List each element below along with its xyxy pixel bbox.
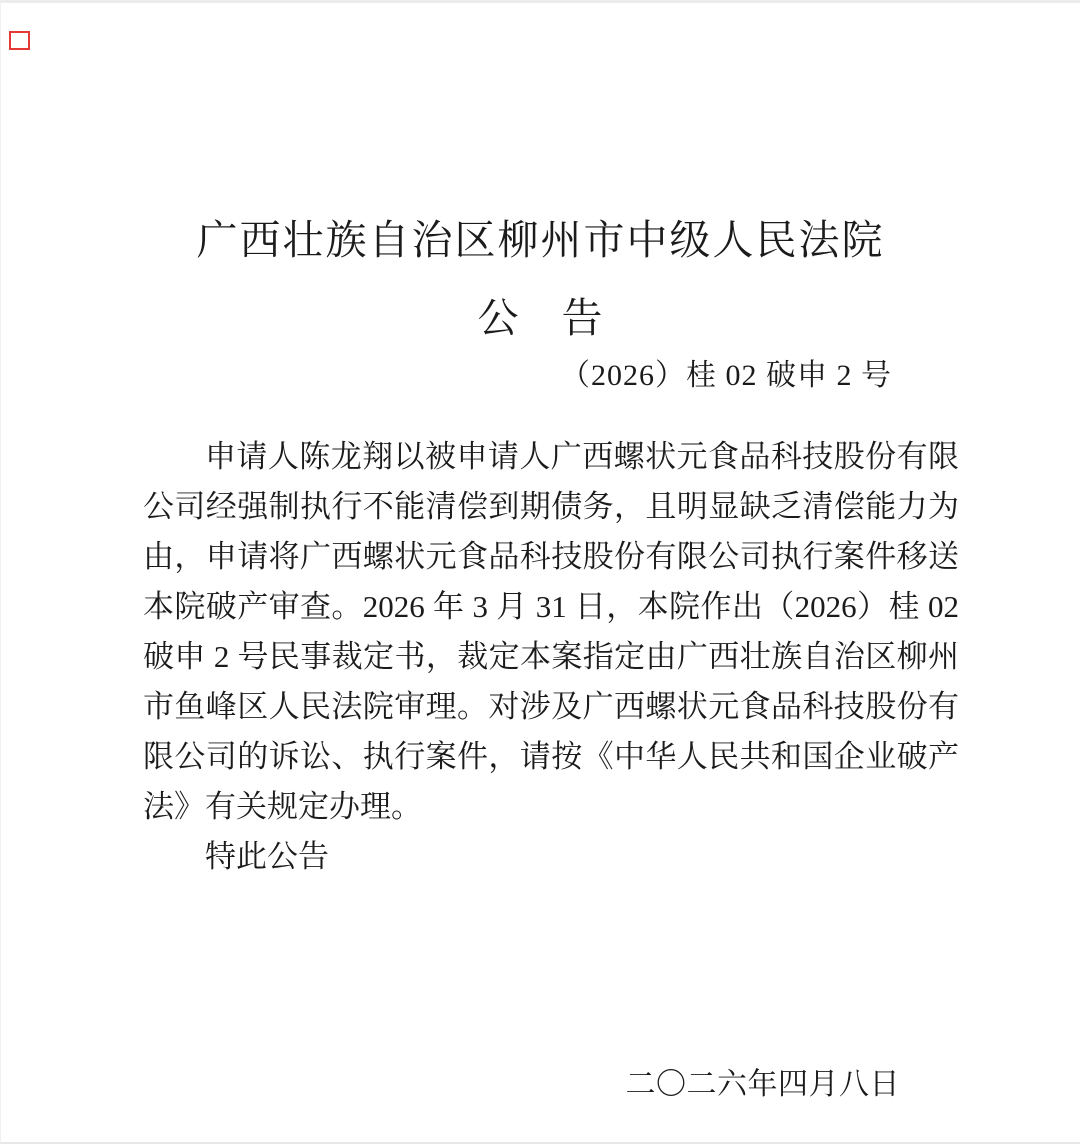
closing-line: 特此公告 xyxy=(143,832,959,882)
red-corner-mark xyxy=(9,31,30,50)
document-type-heading: 公 告 xyxy=(1,285,1080,344)
case-number: （2026）桂 02 破申 2 号 xyxy=(560,350,892,394)
announcement-body: 申请人陈龙翔以被申请人广西螺状元食品科技股份有限公司经强制执行不能清偿到期债务，… xyxy=(143,432,959,882)
announcement-date: 二〇二六年四月八日 xyxy=(626,1059,901,1103)
court-name-title: 广西壮族自治区柳州市中级人民法院 xyxy=(1,207,1080,266)
body-paragraph: 申请人陈龙翔以被申请人广西螺状元食品科技股份有限公司经强制执行不能清偿到期债务，… xyxy=(143,432,959,832)
court-announcement-page: 广西壮族自治区柳州市中级人民法院 公 告 （2026）桂 02 破申 2 号 申… xyxy=(0,0,1080,1144)
